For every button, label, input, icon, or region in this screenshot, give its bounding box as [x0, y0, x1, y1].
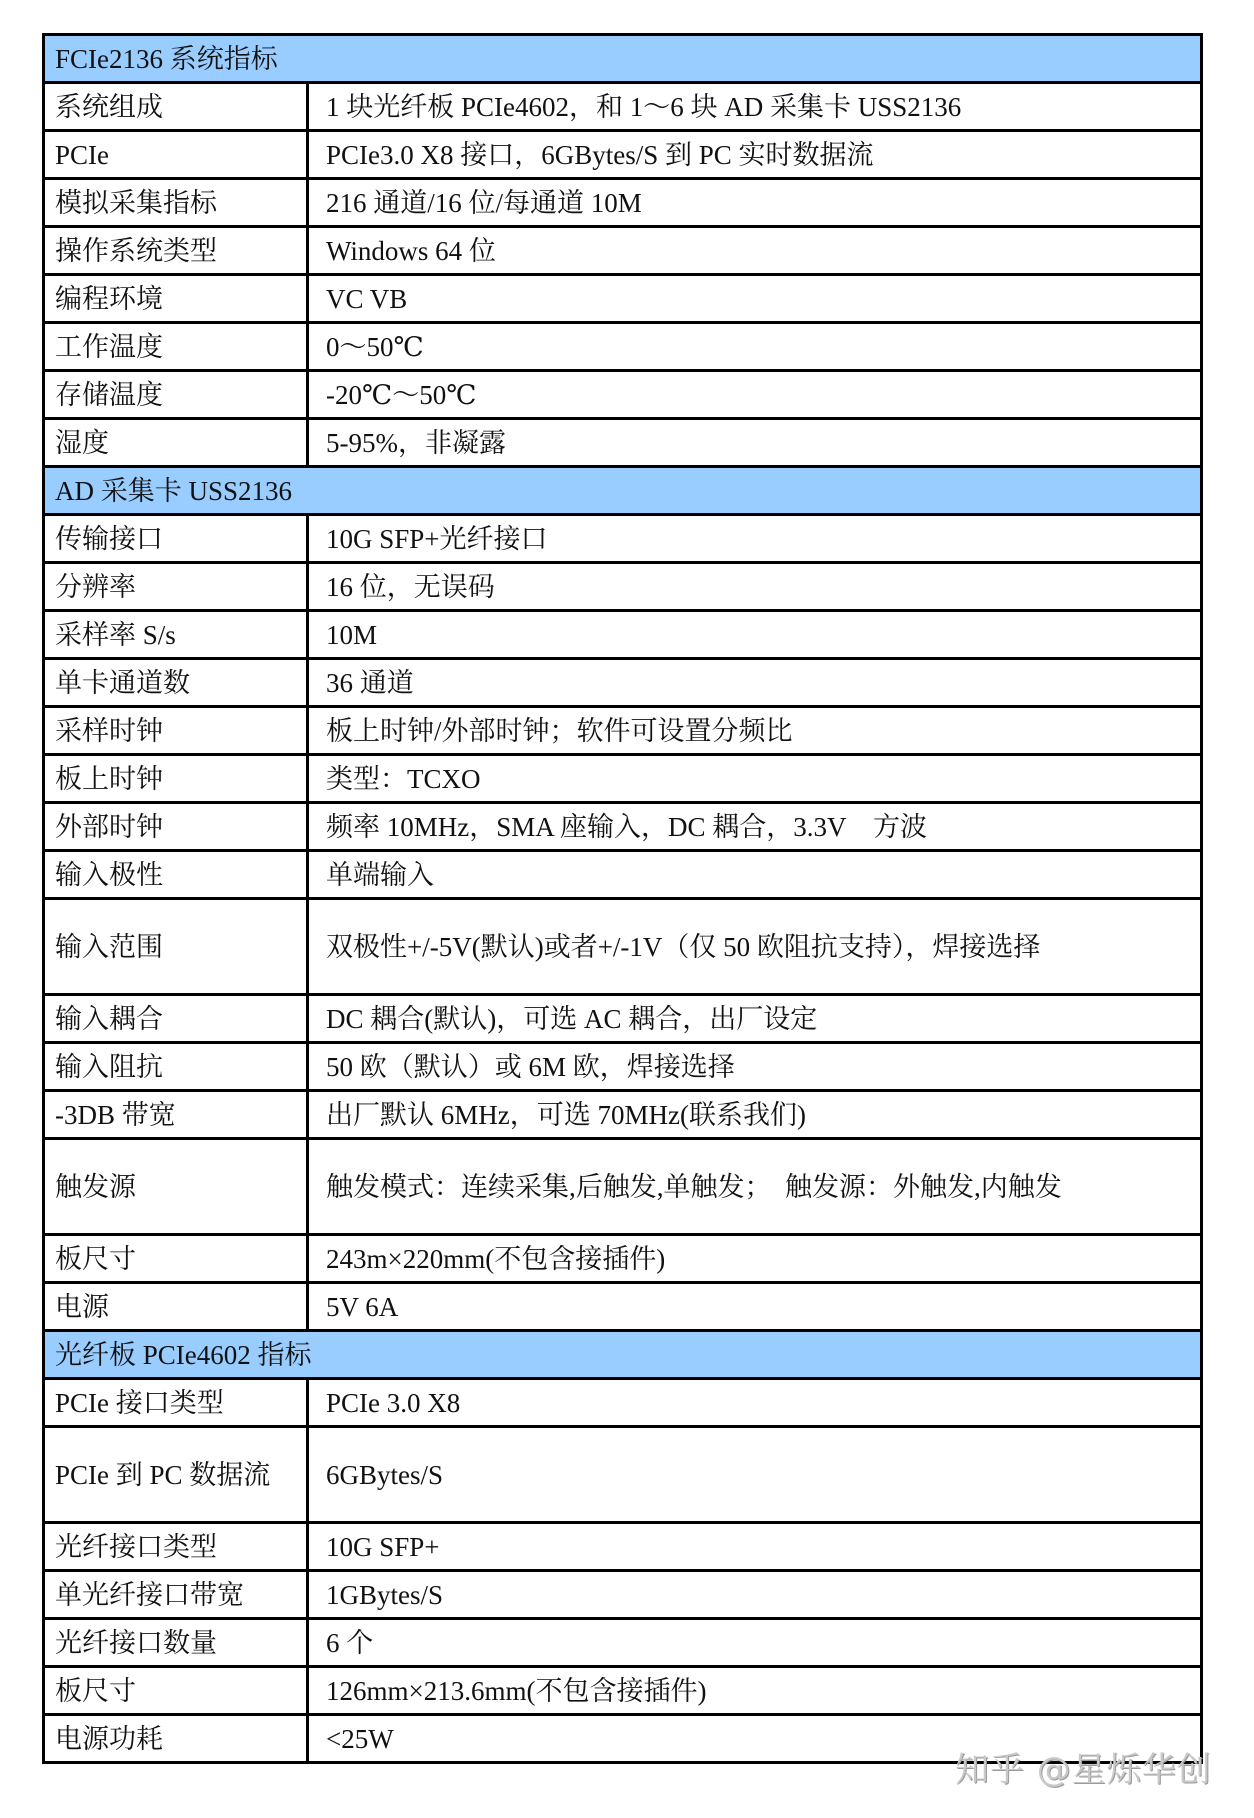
section-title: 光纤板 PCIe4602 指标 [44, 1331, 1202, 1379]
table-row: 湿度 5-95%，非凝露 [44, 419, 1202, 467]
row-value: PCIe3.0 X8 接口，6GBytes/S 到 PC 实时数据流 [308, 131, 1202, 179]
row-value: 6GBytes/S [308, 1427, 1202, 1523]
row-label: PCIe [44, 131, 308, 179]
row-label: 输入范围 [44, 899, 308, 995]
row-label: 湿度 [44, 419, 308, 467]
row-value: 板上时钟/外部时钟；软件可设置分频比 [308, 707, 1202, 755]
table-row: 光纤接口数量 6 个 [44, 1619, 1202, 1667]
row-value: 1GBytes/S [308, 1571, 1202, 1619]
table-row: 编程环境 VC VB [44, 275, 1202, 323]
row-value: 1 块光纤板 PCIe4602，和 1～6 块 AD 采集卡 USS2136 [308, 83, 1202, 131]
table-row: 光纤接口类型 10G SFP+ [44, 1523, 1202, 1571]
row-value: Windows 64 位 [308, 227, 1202, 275]
section-title: AD 采集卡 USS2136 [44, 467, 1202, 515]
row-label: 触发源 [44, 1139, 308, 1235]
row-value: PCIe 3.0 X8 [308, 1379, 1202, 1427]
row-label: PCIe 到 PC 数据流 [44, 1427, 308, 1523]
row-value: 10G SFP+光纤接口 [308, 515, 1202, 563]
row-value: 5V 6A [308, 1283, 1202, 1331]
row-value: 10G SFP+ [308, 1523, 1202, 1571]
section-title: FCIe2136 系统指标 [44, 35, 1202, 83]
row-label: 系统组成 [44, 83, 308, 131]
row-value: 频率 10MHz，SMA 座输入，DC 耦合，3.3V 方波 [308, 803, 1202, 851]
row-label: 采样率 S/s [44, 611, 308, 659]
table-row: PCIe PCIe3.0 X8 接口，6GBytes/S 到 PC 实时数据流 [44, 131, 1202, 179]
table-row: PCIe 接口类型 PCIe 3.0 X8 [44, 1379, 1202, 1427]
row-label: 板尺寸 [44, 1235, 308, 1283]
table-row: 输入阻抗 50 欧（默认）或 6M 欧，焊接选择 [44, 1043, 1202, 1091]
row-value: 243m×220mm(不包含接插件) [308, 1235, 1202, 1283]
spec-table: FCIe2136 系统指标 系统组成 1 块光纤板 PCIe4602，和 1～6… [42, 33, 1203, 1764]
table-row: 系统组成 1 块光纤板 PCIe4602，和 1～6 块 AD 采集卡 USS2… [44, 83, 1202, 131]
table-row: 板尺寸 126mm×213.6mm(不包含接插件) [44, 1667, 1202, 1715]
table-row: 传输接口 10G SFP+光纤接口 [44, 515, 1202, 563]
table-row: 工作温度 0～50℃ [44, 323, 1202, 371]
row-label: 板尺寸 [44, 1667, 308, 1715]
table-row: 操作系统类型 Windows 64 位 [44, 227, 1202, 275]
row-label: 分辨率 [44, 563, 308, 611]
row-label: 编程环境 [44, 275, 308, 323]
row-label: 操作系统类型 [44, 227, 308, 275]
row-label: 存储温度 [44, 371, 308, 419]
row-label: 单光纤接口带宽 [44, 1571, 308, 1619]
watermark: 知乎 @星烁华创 [955, 1742, 1212, 1791]
section-header-fiber-board: 光纤板 PCIe4602 指标 [44, 1331, 1202, 1379]
table-row: 输入极性 单端输入 [44, 851, 1202, 899]
section-header-system: FCIe2136 系统指标 [44, 35, 1202, 83]
row-label: -3DB 带宽 [44, 1091, 308, 1139]
row-label: 电源 [44, 1283, 308, 1331]
section-header-ad-card: AD 采集卡 USS2136 [44, 467, 1202, 515]
table-row: 电源 5V 6A [44, 1283, 1202, 1331]
row-value: 216 通道/16 位/每通道 10M [308, 179, 1202, 227]
row-label: 电源功耗 [44, 1715, 308, 1763]
row-label: 模拟采集指标 [44, 179, 308, 227]
row-value: 类型：TCXO [308, 755, 1202, 803]
row-label: PCIe 接口类型 [44, 1379, 308, 1427]
table-row: 板上时钟 类型：TCXO [44, 755, 1202, 803]
row-value: 126mm×213.6mm(不包含接插件) [308, 1667, 1202, 1715]
row-value: 6 个 [308, 1619, 1202, 1667]
table-row: 单卡通道数 36 通道 [44, 659, 1202, 707]
table-row: 采样率 S/s 10M [44, 611, 1202, 659]
row-value: 出厂默认 6MHz，可选 70MHz(联系我们) [308, 1091, 1202, 1139]
row-label: 输入阻抗 [44, 1043, 308, 1091]
table-row: 输入范围 双极性+/-5V(默认)或者+/-1V（仅 50 欧阻抗支持），焊接选… [44, 899, 1202, 995]
table-row: 外部时钟 频率 10MHz，SMA 座输入，DC 耦合，3.3V 方波 [44, 803, 1202, 851]
row-label: 工作温度 [44, 323, 308, 371]
row-label: 单卡通道数 [44, 659, 308, 707]
row-value: 单端输入 [308, 851, 1202, 899]
row-label: 光纤接口类型 [44, 1523, 308, 1571]
row-value: 16 位，无误码 [308, 563, 1202, 611]
table-row: 输入耦合 DC 耦合(默认)，可选 AC 耦合，出厂设定 [44, 995, 1202, 1043]
row-value: 5-95%，非凝露 [308, 419, 1202, 467]
row-label: 采样时钟 [44, 707, 308, 755]
row-label: 光纤接口数量 [44, 1619, 308, 1667]
table-row: 单光纤接口带宽 1GBytes/S [44, 1571, 1202, 1619]
row-label: 输入极性 [44, 851, 308, 899]
table-row: -3DB 带宽 出厂默认 6MHz，可选 70MHz(联系我们) [44, 1091, 1202, 1139]
row-value: VC VB [308, 275, 1202, 323]
row-value: 10M [308, 611, 1202, 659]
table-row: PCIe 到 PC 数据流 6GBytes/S [44, 1427, 1202, 1523]
row-value: 0～50℃ [308, 323, 1202, 371]
row-label: 外部时钟 [44, 803, 308, 851]
row-value: 双极性+/-5V(默认)或者+/-1V（仅 50 欧阻抗支持），焊接选择 [308, 899, 1202, 995]
row-value: 50 欧（默认）或 6M 欧，焊接选择 [308, 1043, 1202, 1091]
row-label: 传输接口 [44, 515, 308, 563]
table-row: 分辨率 16 位，无误码 [44, 563, 1202, 611]
table-row: 存储温度 -20℃～50℃ [44, 371, 1202, 419]
row-value: -20℃～50℃ [308, 371, 1202, 419]
table-row: 触发源 触发模式：连续采集,后触发,单触发； 触发源：外触发,内触发 [44, 1139, 1202, 1235]
table-row: 采样时钟 板上时钟/外部时钟；软件可设置分频比 [44, 707, 1202, 755]
row-value: 36 通道 [308, 659, 1202, 707]
table-row: 模拟采集指标 216 通道/16 位/每通道 10M [44, 179, 1202, 227]
row-label: 板上时钟 [44, 755, 308, 803]
row-label: 输入耦合 [44, 995, 308, 1043]
row-value: 触发模式：连续采集,后触发,单触发； 触发源：外触发,内触发 [308, 1139, 1202, 1235]
table-row: 板尺寸 243m×220mm(不包含接插件) [44, 1235, 1202, 1283]
row-value: DC 耦合(默认)，可选 AC 耦合，出厂设定 [308, 995, 1202, 1043]
